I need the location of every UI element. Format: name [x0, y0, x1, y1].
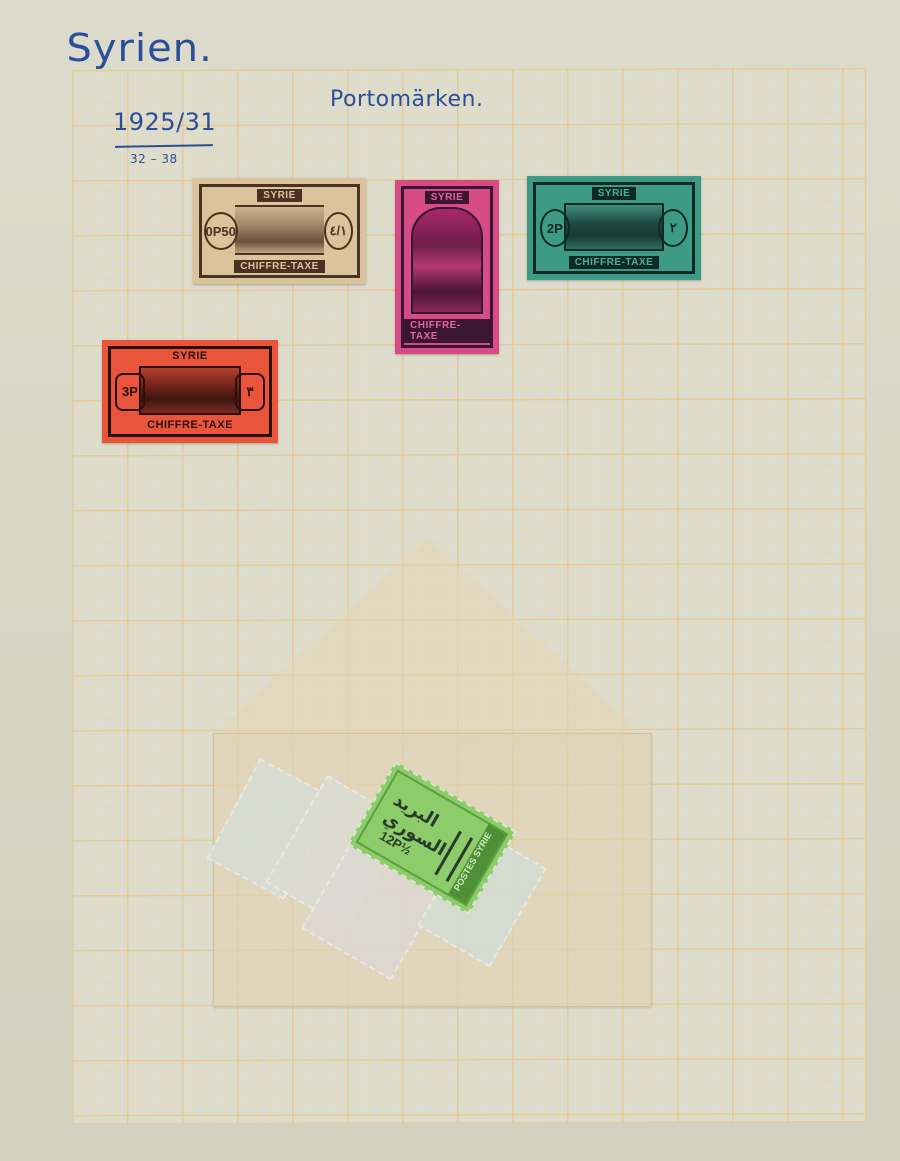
stamp-frame: SYRIE CHIFFRE-TAXE 3P ٣	[108, 346, 272, 437]
value-oval-arabic: ٤/١	[324, 212, 353, 250]
stamp-vignette	[139, 366, 241, 415]
page-title: Syrien.	[67, 26, 213, 70]
stamp-frame: SYRIE CHIFFRE-TAXE 0P50 ٤/١	[199, 184, 360, 278]
section-heading: Portomärken.	[330, 87, 483, 112]
stamp-label: CHIFFRE-TAXE	[141, 419, 239, 432]
value-oval-arabic: ٢	[658, 209, 688, 247]
stamp-value-left: 2P	[540, 203, 570, 253]
stamp-country: SYRIE	[257, 189, 302, 202]
value-oval: 2P	[540, 209, 570, 247]
stamp-value-right: ٤/١	[324, 205, 353, 257]
stamp-vignette	[229, 205, 329, 255]
stamp-value-left: 3P	[115, 367, 145, 416]
stamp-0p50-brown[interactable]: SYRIE CHIFFRE-TAXE 0P50 ٤/١	[193, 178, 366, 284]
stamp-value-left: 0P50	[206, 205, 235, 257]
stamp-value-right: ٢	[658, 203, 688, 253]
stamp-country: SYRIE	[425, 191, 470, 204]
stamp-country: SYRIE	[592, 187, 637, 200]
stamp-3p-orange[interactable]: SYRIE CHIFFRE-TAXE 3P ٣	[102, 340, 278, 443]
years-label: 1925/31	[113, 108, 216, 136]
years-sub-label: 32 – 38	[130, 152, 178, 166]
album-page: Syrien. Portomärken. 1925/31 32 – 38 SYR…	[0, 0, 900, 1161]
stamp-country: SYRIE	[166, 350, 214, 363]
value-octagon-arabic: ٣	[235, 373, 265, 411]
stamp-label: CHIFFRE-TAXE	[569, 256, 660, 269]
stamp-label: CHIFFRE-TAXE	[234, 260, 325, 273]
value-octagon: 3P	[115, 373, 145, 411]
stamp-2p-green[interactable]: SYRIE CHIFFRE-TAXE 2P ٢	[527, 176, 701, 280]
stamp-1p-magenta[interactable]: SYRIE CHIFFRE-TAXE	[395, 180, 499, 354]
stamp-frame: SYRIE CHIFFRE-TAXE	[401, 186, 493, 348]
stamp-frame: SYRIE CHIFFRE-TAXE 2P ٢	[533, 182, 695, 274]
stamp-value-right: ٣	[235, 367, 265, 416]
stamp-label: CHIFFRE-TAXE	[404, 319, 490, 343]
stamp-vignette	[564, 203, 665, 251]
value-oval: 0P50	[204, 212, 238, 250]
stamp-vignette	[411, 207, 482, 314]
